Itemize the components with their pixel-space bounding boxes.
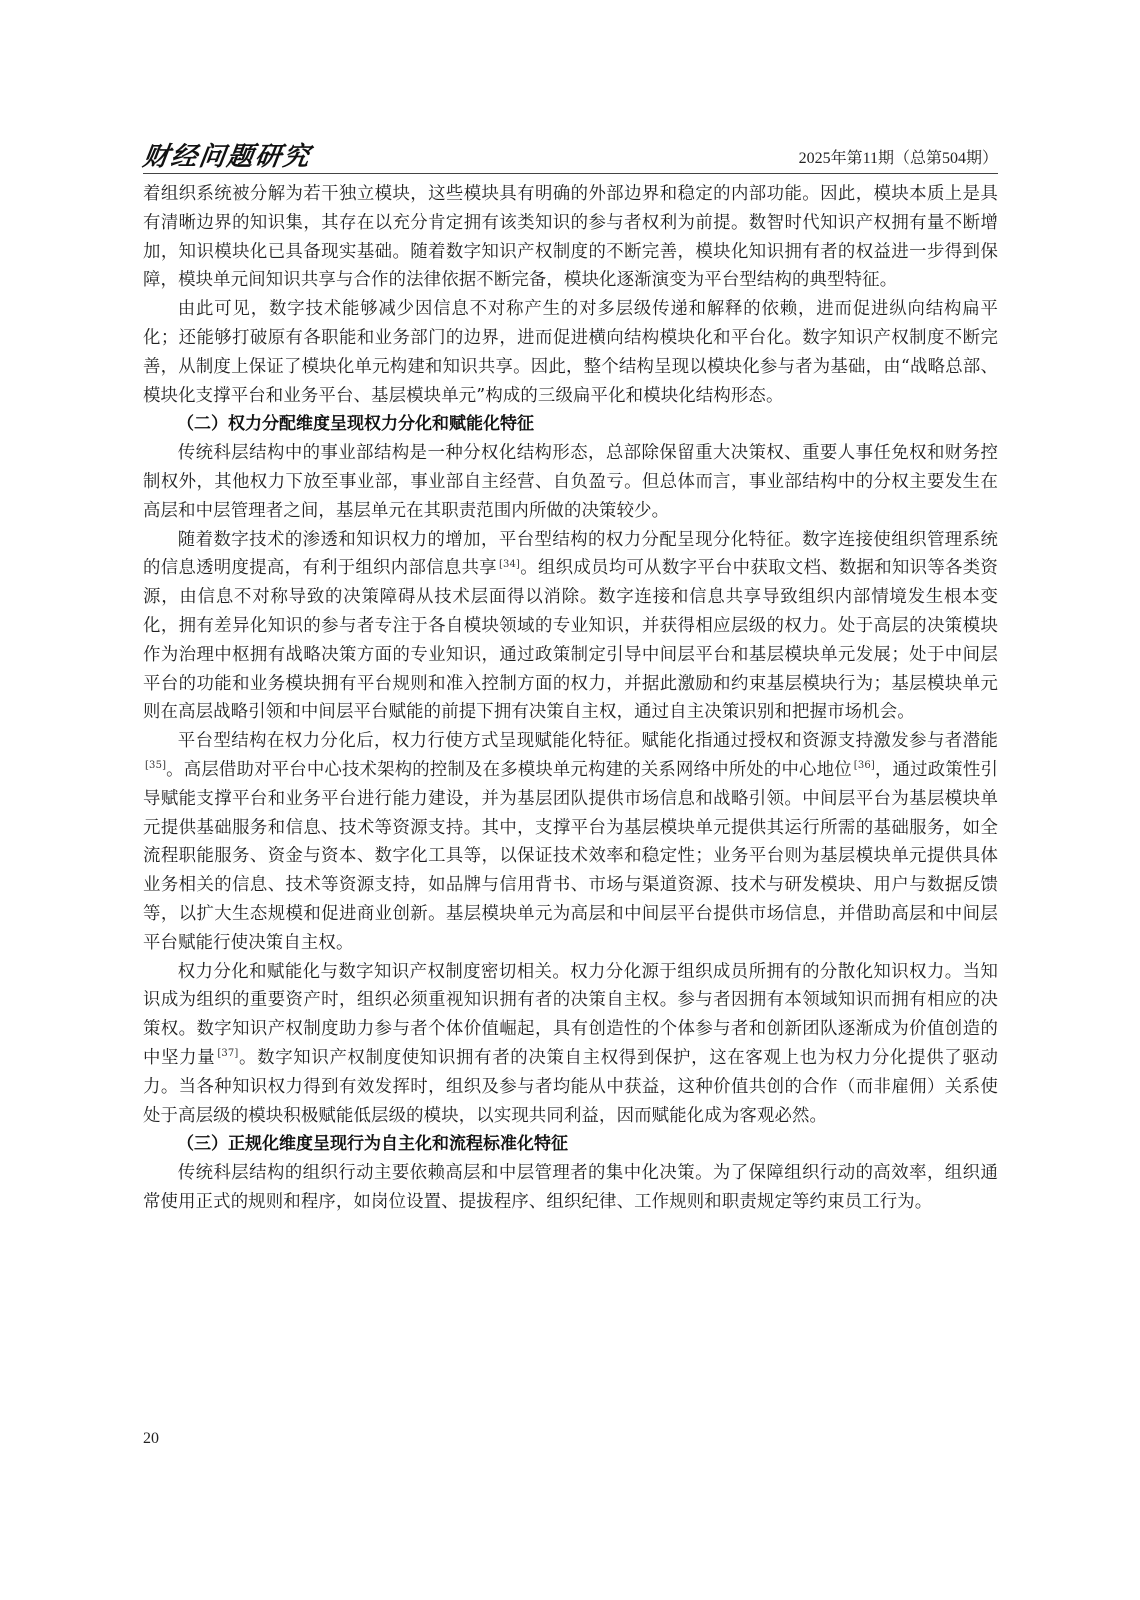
text-segment: 。组织成员均可从数字平台中获取文档、数据和知识等各类资源，由信息不对称导致的决策…: [143, 558, 998, 722]
citation-ref[interactable]: [35]: [145, 760, 166, 771]
paragraph-continuation: 着组织系统被分解为若干独立模块，这些模块具有明确的外部边界和稳定的内部功能。因此…: [143, 180, 998, 295]
citation-ref[interactable]: [34]: [499, 559, 520, 570]
section-heading-3: （三）正规化维度呈现行为自主化和流程标准化特征: [143, 1130, 998, 1159]
paragraph: 传统科层结构中的事业部结构是一种分权化结构形态，总部除保留重大决策权、重要人事任…: [143, 439, 998, 525]
citation-ref[interactable]: [37]: [217, 1048, 238, 1059]
paragraph: 由此可见，数字技术能够减少因信息不对称产生的对多层级传递和解释的依赖，进而促进纵…: [143, 295, 998, 410]
text-segment: ，通过政策性引导赋能支撑平台和业务平台进行能力建设，并为基层团队提供市场信息和战…: [143, 760, 998, 953]
text-segment: 。高层借助对平台中心技术架构的控制及在多模块单元构建的关系网络中所处的中心地位: [166, 760, 852, 780]
paragraph: 平台型结构在权力分化后，权力行使方式呈现赋能化特征。赋能化指通过授权和资源支持激…: [143, 727, 998, 957]
paragraph: 权力分化和赋能化与数字知识产权制度密切相关。权力分化源于组织成员所拥有的分散化知…: [143, 958, 998, 1131]
citation-ref[interactable]: [36]: [854, 760, 875, 771]
text-segment: 。数字知识产权制度使知识拥有者的决策自主权得到保护，这在客观上也为权力分化提供了…: [143, 1048, 998, 1126]
paragraph: 传统科层结构的组织行动主要依赖高层和中层管理者的集中化决策。为了保障组织行动的高…: [143, 1159, 998, 1217]
text-segment: 平台型结构在权力分化后，权力行使方式呈现赋能化特征。赋能化指通过授权和资源支持激…: [178, 731, 998, 751]
journal-logo: 财经问题研究: [141, 143, 313, 171]
section-heading-2: （二）权力分配维度呈现权力分化和赋能化特征: [143, 410, 998, 439]
page-header: 财经问题研究 2025年第11期（总第504期）: [143, 143, 998, 174]
page-number: 20: [143, 1430, 159, 1448]
issue-info: 2025年第11期（总第504期）: [799, 149, 998, 169]
paragraph: 随着数字技术的渗透和知识权力的增加，平台型结构的权力分配呈现分化特征。数字连接使…: [143, 526, 998, 728]
article-body: 着组织系统被分解为若干独立模块，这些模块具有明确的外部边界和稳定的内部功能。因此…: [143, 180, 998, 1217]
